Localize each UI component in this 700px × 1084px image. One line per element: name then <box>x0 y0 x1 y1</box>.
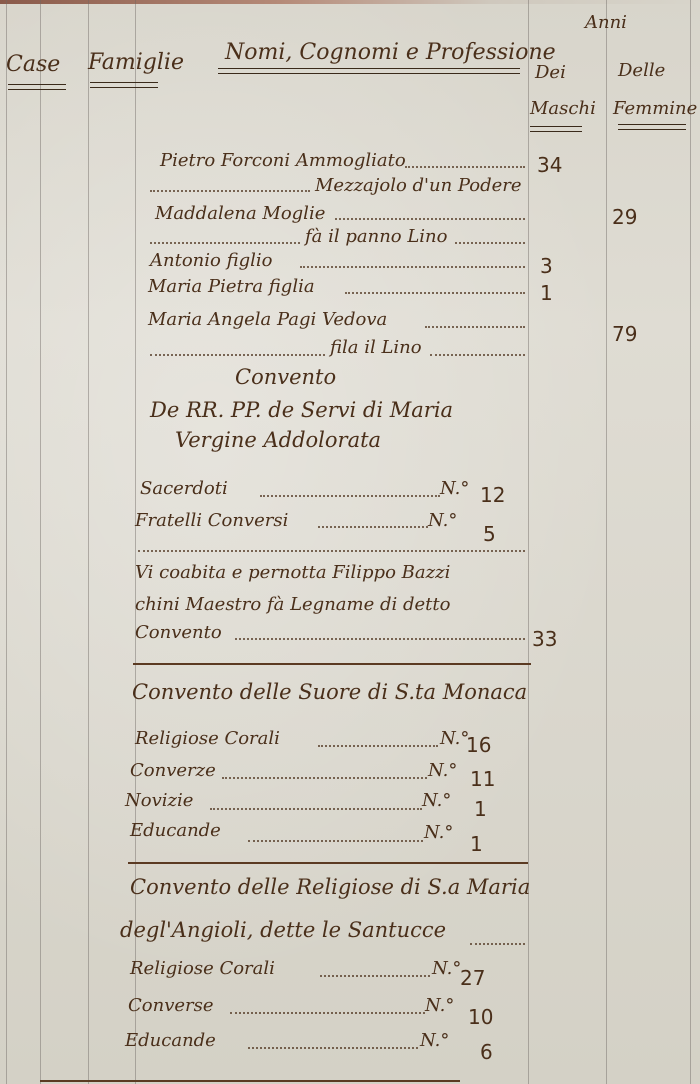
row-prefix: N.° <box>440 478 469 499</box>
header-underline <box>218 68 520 74</box>
column-rule <box>528 0 529 1084</box>
row-label: Educande <box>125 1030 216 1051</box>
leader-dots <box>470 943 525 945</box>
row-prefix: N.° <box>424 822 453 843</box>
row-count: 6 <box>480 1040 493 1064</box>
row-label: Converze <box>130 760 216 781</box>
section-title: De RR. PP. de Servi di Maria <box>150 398 453 422</box>
age-maschi: 34 <box>537 153 562 177</box>
leader-dots <box>260 495 440 497</box>
column-rule <box>6 0 7 1084</box>
row-label: Sacerdoti <box>140 478 228 499</box>
age-femmine: 29 <box>612 205 637 229</box>
leader-dots <box>138 550 525 552</box>
leader-dots <box>210 808 422 810</box>
row-count: 1 <box>470 832 483 856</box>
section-title: Convento <box>235 365 336 389</box>
leader-dots <box>455 242 525 244</box>
column-rule <box>690 0 691 1084</box>
leader-dots <box>300 266 525 268</box>
column-rule <box>40 0 41 1084</box>
age-femmine: 79 <box>612 322 637 346</box>
header-femmine-1: Delle <box>618 60 665 81</box>
leader-dots <box>230 1012 425 1014</box>
row-prefix: N.° <box>425 995 454 1016</box>
row-prefix: N.° <box>440 728 469 749</box>
entry-name: Pietro Forconi Ammogliato <box>160 150 406 171</box>
row-label: Novizie <box>125 790 193 811</box>
row-label: Fratelli Conversi <box>135 510 288 531</box>
header-anni: Anni <box>585 12 627 33</box>
entry-name: Antonio figlio <box>150 250 272 271</box>
row-prefix: N.° <box>428 510 457 531</box>
leader-dots <box>235 638 525 640</box>
entry-name: Maddalena Moglie <box>155 203 325 224</box>
header-underline <box>618 124 686 130</box>
leader-dots <box>345 292 525 294</box>
leader-dots <box>318 745 438 747</box>
note-age: 33 <box>532 627 557 651</box>
leader-dots <box>430 354 525 356</box>
manuscript-page: Case Famiglie Nomi, Cognomi e Profession… <box>0 0 700 1084</box>
leader-dots <box>335 218 525 220</box>
note-line: chini Maestro fà Legname di detto <box>135 594 450 615</box>
row-label: Converse <box>128 995 214 1016</box>
leader-dots <box>150 242 300 244</box>
header-famiglie: Famiglie <box>88 50 184 75</box>
entry-name: Maria Angela Pagi Vedova <box>148 309 387 330</box>
header-nomi: Nomi, Cognomi e Professione <box>225 40 556 65</box>
section-title: degl'Angioli, dette le Santucce <box>120 918 446 942</box>
section-title: Convento delle Suore di S.ta Monaca <box>132 680 527 704</box>
leader-dots <box>320 975 430 977</box>
column-rule <box>606 0 607 1084</box>
section-title: Convento delle Religiose di S.a Maria <box>130 875 530 899</box>
header-femmine-2: Femmine <box>613 98 697 119</box>
header-case: Case <box>6 52 60 77</box>
row-count: 5 <box>483 522 496 546</box>
row-label: Religiose Corali <box>135 728 280 749</box>
header-underline <box>8 84 66 90</box>
section-divider <box>40 1080 460 1082</box>
age-maschi: 3 <box>540 254 553 278</box>
row-count: 12 <box>480 483 505 507</box>
row-prefix: N.° <box>422 790 451 811</box>
leader-dots <box>425 326 525 328</box>
entry-profession: Mezzajolo d'un Podere <box>315 175 522 196</box>
column-rule <box>88 0 89 1084</box>
row-prefix: N.° <box>420 1030 449 1051</box>
row-count: 16 <box>466 733 491 757</box>
row-count: 11 <box>470 767 495 791</box>
leader-dots <box>222 777 427 779</box>
page-top-edge <box>0 0 700 4</box>
age-maschi: 1 <box>540 281 553 305</box>
header-underline <box>530 126 582 132</box>
row-count: 27 <box>460 966 485 990</box>
row-label: Religiose Corali <box>130 958 275 979</box>
row-prefix: N.° <box>432 958 461 979</box>
leader-dots <box>150 190 310 192</box>
leader-dots <box>248 1047 418 1049</box>
row-count: 1 <box>474 797 487 821</box>
leader-dots <box>318 526 428 528</box>
row-label: Educande <box>130 820 221 841</box>
section-divider <box>133 663 531 665</box>
header-maschi-1: Dei <box>535 62 566 83</box>
row-count: 10 <box>468 1005 493 1029</box>
note-line: Convento <box>135 622 222 643</box>
section-divider <box>128 862 528 864</box>
leader-dots <box>150 354 325 356</box>
header-underline <box>90 82 158 88</box>
note-line: Vi coabita e pernotta Filippo Bazzi <box>135 562 450 583</box>
section-title: Vergine Addolorata <box>175 428 381 452</box>
entry-profession: fila il Lino <box>330 337 422 358</box>
leader-dots <box>405 166 525 168</box>
leader-dots <box>248 840 423 842</box>
entry-name: Maria Pietra figlia <box>148 276 315 297</box>
row-prefix: N.° <box>428 760 457 781</box>
entry-profession: fà il panno Lino <box>305 226 448 247</box>
header-maschi-2: Maschi <box>530 98 596 119</box>
